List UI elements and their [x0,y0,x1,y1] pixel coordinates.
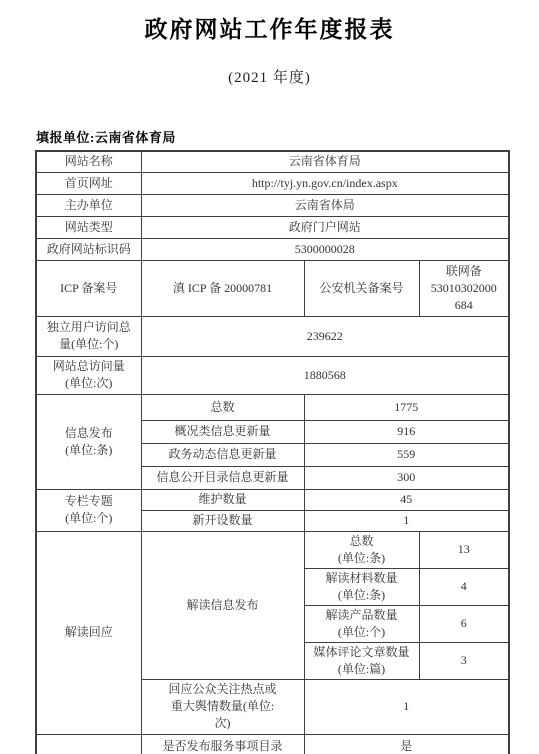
row-site-type: 网站类型 政府门户网站 [36,216,509,238]
icp-label: ICP 备案号 [36,260,141,316]
reporting-unit-label: 填报单位:云南省体育局 [36,127,539,146]
interpretation-total-value: 13 [419,531,509,568]
sponsor-label: 主办单位 [36,194,141,216]
row-icp: ICP 备案号 滇 ICP 备 20000781 公安机关备案号 联网备 530… [36,260,509,316]
info-publish-total-value: 1775 [304,394,509,420]
topics-new-value: 1 [304,510,509,531]
interpretation-products-label: 解读产品数量 (单位:个) [304,605,419,642]
interpretation-materials-label: 解读材料数量 (单位:条) [304,568,419,605]
row-service-catalog: 是否发布服务事项目录 是 [36,734,509,754]
site-name-label: 网站名称 [36,151,141,172]
annual-report-table: 网站名称 云南省体育局 首页网址 http://tyj.yn.gov.cn/in… [35,150,510,754]
info-publish-directory-value: 300 [304,466,509,489]
total-visits-label: 网站总访问量 (单位:次) [36,356,141,394]
site-id-label: 政府网站标识码 [36,238,141,260]
page-subtitle: (2021 年度) [0,66,539,87]
interpretation-products-value: 6 [419,605,509,642]
row-interpretation-total: 解读回应 解读信息发布 总数 (单位:条) 13 [36,531,509,568]
row-site-id: 政府网站标识码 5300000028 [36,238,509,260]
page-title: 政府网站工作年度报表 [0,0,539,44]
topics-group-label: 专栏专题 (单位:个) [36,489,141,531]
site-name-value: 云南省体育局 [141,151,509,172]
interpretation-total-label: 总数 (单位:条) [304,531,419,568]
row-site-name: 网站名称 云南省体育局 [36,151,509,172]
home-url-value: http://tyj.yn.gov.cn/index.aspx [141,172,509,194]
info-publish-overview-value: 916 [304,420,509,443]
icp-value: 滇 ICP 备 20000781 [141,260,304,316]
row-home-url: 首页网址 http://tyj.yn.gov.cn/index.aspx [36,172,509,194]
unique-visitors-label: 独立用户访问总 量(单位:个) [36,316,141,356]
info-publish-overview-label: 概况类信息更新量 [141,420,304,443]
sponsor-value: 云南省体局 [141,194,509,216]
site-type-value: 政府门户网站 [141,216,509,238]
home-url-label: 首页网址 [36,172,141,194]
police-record-label: 公安机关备案号 [304,260,419,316]
hot-response-value: 1 [304,679,509,734]
interpretation-group-label: 解读回应 [36,531,141,734]
topics-maintained-label: 维护数量 [141,489,304,510]
row-unique-visitors: 独立用户访问总 量(单位:个) 239622 [36,316,509,356]
interpretation-media-value: 3 [419,642,509,679]
info-publish-dynamic-value: 559 [304,443,509,466]
info-publish-group-label: 信息发布 (单位:条) [36,394,141,489]
unique-visitors-value: 239622 [141,316,509,356]
topics-new-label: 新开设数量 [141,510,304,531]
info-publish-dynamic-label: 政务动态信息更新量 [141,443,304,466]
row-sponsor: 主办单位 云南省体局 [36,194,509,216]
total-visits-value: 1880568 [141,356,509,394]
info-publish-total-label: 总数 [141,394,304,420]
site-id-value: 5300000028 [141,238,509,260]
row-total-visits: 网站总访问量 (单位:次) 1880568 [36,356,509,394]
service-catalog-empty-cell [36,734,141,754]
row-info-publish-total: 信息发布 (单位:条) 总数 1775 [36,394,509,420]
interpretation-materials-value: 4 [419,568,509,605]
police-record-value: 联网备 53010302000 684 [419,260,509,316]
service-catalog-label: 是否发布服务事项目录 [141,734,304,754]
site-type-label: 网站类型 [36,216,141,238]
interpretation-media-label: 媒体评论文章数量 (单位:篇) [304,642,419,679]
info-publish-directory-label: 信息公开目录信息更新量 [141,466,304,489]
interpretation-release-label: 解读信息发布 [141,531,304,679]
hot-response-label: 回应公众关注热点或 重大舆情数量(单位: 次) [141,679,304,734]
service-catalog-value: 是 [304,734,509,754]
row-topics-maintained: 专栏专题 (单位:个) 维护数量 45 [36,489,509,510]
topics-maintained-value: 45 [304,489,509,510]
